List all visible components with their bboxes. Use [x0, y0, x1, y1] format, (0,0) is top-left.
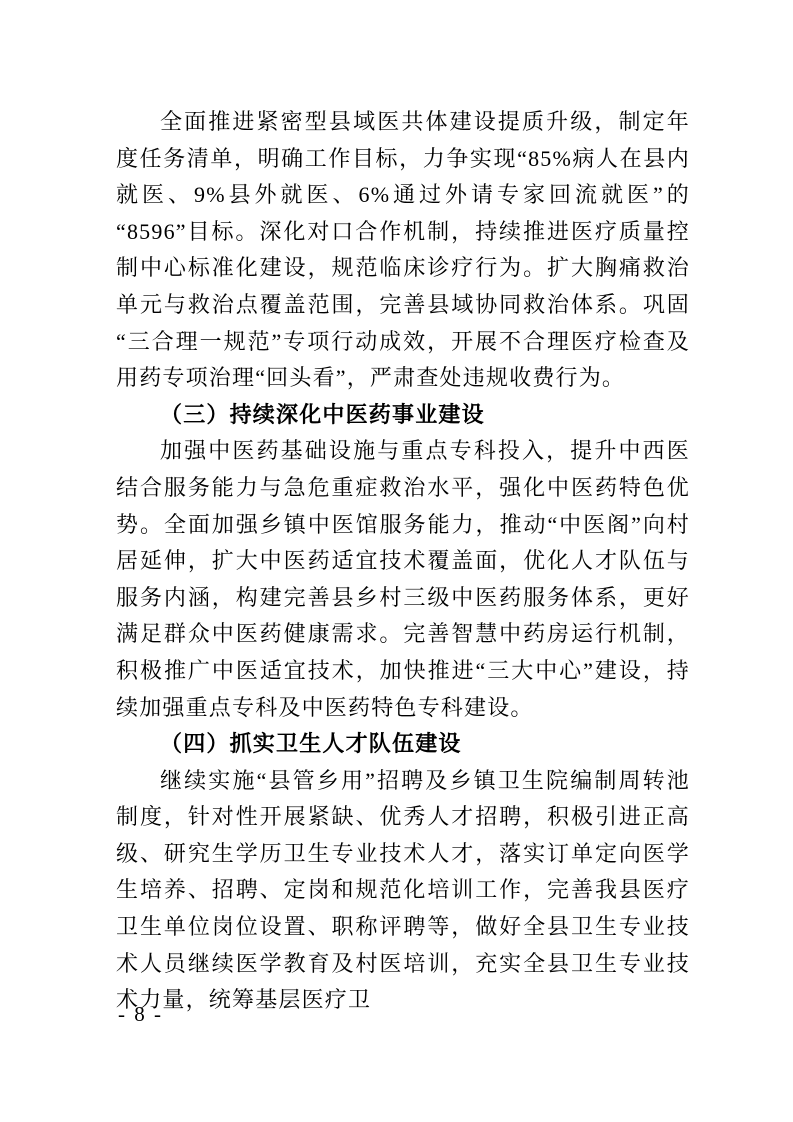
- page-number: - 8 -: [118, 1002, 163, 1027]
- paragraph-medical-community: 全面推进紧密型县域医共体建设提质升级，制定年度任务清单，明确工作目标，力争实现“…: [116, 104, 690, 397]
- paragraph-talent-team: 继续实施“县管乡用”招聘及乡镇卫生院编制周转池制度，针对性开展紧缺、优秀人才招聘…: [116, 763, 690, 1019]
- section-heading-tcm: （三）持续深化中医药事业建设: [116, 397, 690, 434]
- section-heading-talent: （四）抓实卫生人才队伍建设: [116, 726, 690, 763]
- document-page: 全面推进紧密型县域医共体建设提质升级，制定年度任务清单，明确工作目标，力争实现“…: [0, 0, 793, 1122]
- document-body: 全面推进紧密型县域医共体建设提质升级，制定年度任务清单，明确工作目标，力争实现“…: [116, 104, 690, 1019]
- paragraph-tcm-development: 加强中医药基础设施与重点专科投入，提升中西医结合服务能力与急危重症救治水平，强化…: [116, 433, 690, 726]
